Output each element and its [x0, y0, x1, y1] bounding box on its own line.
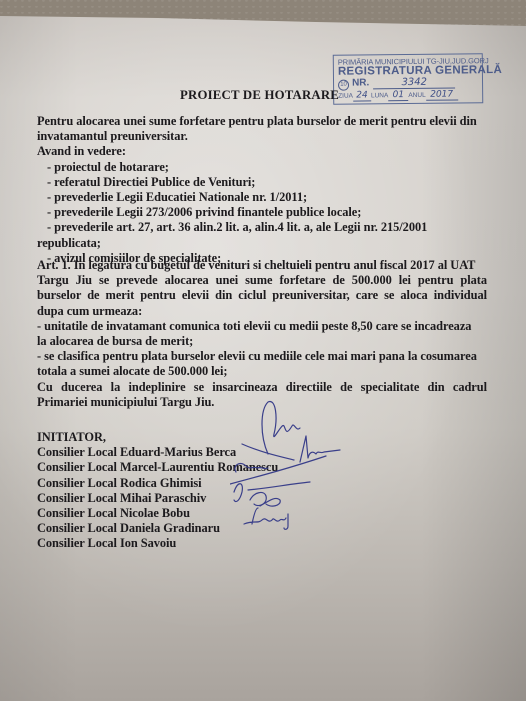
consideration-continuation: republicata;: [37, 236, 477, 251]
intro-line: Pentru alocarea unei sume forfetare pent…: [37, 114, 477, 129]
stamp-nr-label: NR.: [352, 77, 369, 88]
article-line: - se clasifica pentru plata burselor ele…: [37, 349, 487, 364]
considering-heading: Avand in vedere:: [37, 144, 477, 159]
stamp-date-row: ZIUA 24 LUNA 01 ANUL 2017: [338, 89, 478, 101]
article-line: Targu Jiu se prevede alocarea unei sume …: [37, 273, 487, 288]
stamp-year-label: ANUL: [408, 92, 425, 99]
initiator-name: Consilier Local Daniela Gradinaru: [37, 521, 278, 536]
stamp-nr-value: 3342: [373, 77, 455, 90]
initiator-name: Consilier Local Marcel-Laurentiu Romanes…: [37, 460, 278, 475]
initiator-name: Consilier Local Nicolae Bobu: [37, 506, 278, 521]
stamp-month-value: 01: [388, 90, 408, 101]
consideration-item: - proiectul de hotarare;: [37, 160, 477, 175]
intro-line: invatamantul preuniversitar.: [37, 129, 477, 144]
article-line: burselor de merit pentru elevii din cicl…: [37, 288, 487, 303]
document-title: PROIECT DE HOTARARE: [180, 88, 339, 103]
article-line: Art. 1. In legatura cu bugetul de venitu…: [37, 258, 487, 273]
consideration-item: - prevederile art. 27, art. 36 alin.2 li…: [37, 220, 477, 235]
stamp-day-value: 24: [353, 90, 371, 101]
article-line: - unitatile de invatamant comunica toti …: [37, 319, 487, 334]
article-line: Cu ducerea la indeplinire se insarcineaz…: [37, 380, 487, 395]
initiator-name: Consilier Local Rodica Ghimisi: [37, 476, 278, 491]
article-line: dupa cum urmeaza:: [37, 304, 487, 319]
initiator-name: Consilier Local Ion Savoiu: [37, 536, 278, 551]
stamp-registry: REGISTRATURA GENERALĂ: [338, 64, 478, 77]
initiators-section: INITIATOR, Consilier Local Eduard-Marius…: [37, 430, 278, 552]
initiator-name: Consilier Local Mihai Paraschiv: [37, 491, 278, 506]
consideration-item: - referatul Directiei Publice de Venitur…: [37, 175, 477, 190]
article-line: la alocarea de bursa de merit;: [37, 334, 487, 349]
article-1-section: Art. 1. In legatura cu bugetul de venitu…: [37, 258, 487, 410]
stamp-circle-number: 10: [338, 80, 349, 91]
stamp-month-label: LUNA: [371, 92, 388, 99]
consideration-item: - prevederile Legii 273/2006 privind fin…: [37, 205, 477, 220]
stamp-day-label: ZIUA: [338, 93, 353, 100]
consideration-item: - prevederlie Legii Educatiei Nationale …: [37, 190, 477, 205]
article-line: Primariei municipiului Targu Jiu.: [37, 395, 487, 410]
article-line: totala a sumei alocate de 500.000 lei;: [37, 364, 487, 379]
intro-section: Pentru alocarea unei sume forfetare pent…: [37, 114, 477, 266]
registry-stamp: PRIMĂRIA MUNICIPIULUI TG-JIU,JUD.GORJ RE…: [333, 53, 484, 105]
initiators-heading: INITIATOR,: [37, 430, 278, 445]
stamp-year-value: 2017: [426, 89, 458, 100]
initiator-name: Consilier Local Eduard-Marius Berca: [37, 445, 278, 460]
